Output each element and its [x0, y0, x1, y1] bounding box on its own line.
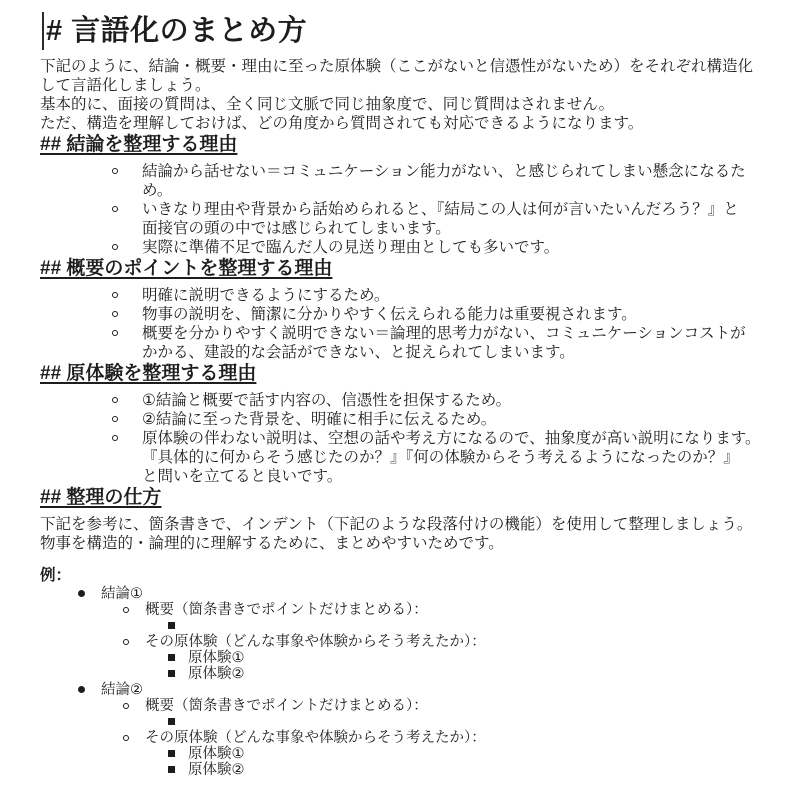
list-item-text: 原体験① — [188, 746, 245, 762]
bullet-circle-icon — [112, 162, 142, 200]
document-page: # 言語化のまとめ方 下記のように、結論・概要・理由に至った原体験（ここがないと… — [0, 0, 800, 800]
bullet-text: 概要を分かりやすく説明できない＝論理的思考力がない、コミュニケーションコストが … — [142, 324, 770, 362]
list-item: その原体験（どんな事象や体験からそう考えたか）： — [40, 730, 770, 746]
bullet-square-icon — [168, 650, 188, 666]
intro-paragraph: 下記のように、結論・概要・理由に至った原体験（ここがないと信憑性がないため）をそ… — [40, 57, 770, 95]
list-item-text: その原体験（どんな事象や体験からそう考えたか）： — [145, 634, 486, 650]
bullet-list: 明確に説明できるようにするため。 物事の説明を、簡潔に分かりやすく伝えられる能力… — [40, 286, 770, 362]
list-item-text: 概要（箇条書きでポイントだけまとめる）： — [145, 698, 428, 714]
bullet-text: いきなり理由や背景から話始められると、『結局この人は何が言いたいんだろう？』と … — [142, 200, 770, 238]
method-paragraph: 下記を参考に、箇条書きで、インデント（下記のような段落付けの機能）を使用して整理… — [40, 515, 770, 534]
section-heading-conclusion: ## 結論を整理する理由 — [40, 133, 770, 157]
list-item-text: 原体験② — [188, 762, 245, 778]
list-item: 原体験② — [40, 666, 770, 682]
bullet-circle-icon — [123, 602, 145, 618]
bullet-circle-icon — [112, 324, 142, 362]
list-item: 概要（箇条書きでポイントだけまとめる）： — [40, 698, 770, 714]
bullet-text: ②結論に至った背景を、明確に相手に伝えるため。 — [142, 410, 770, 429]
bullet-circle-icon — [123, 634, 145, 650]
list-item: 原体験① — [40, 746, 770, 762]
text-cursor — [42, 12, 44, 50]
bullet-circle-icon — [123, 730, 145, 746]
bullet-text: 物事の説明を、簡潔に分かりやすく伝えられる能力は重要視されます。 — [142, 305, 770, 324]
bullet-circle-icon — [112, 238, 142, 257]
bullet-disc-icon — [78, 586, 101, 602]
example-list: 結論① 概要（箇条書きでポイントだけまとめる）： その原体験（どんな事象や体験か… — [40, 586, 770, 778]
list-item: 概要（箇条書きでポイントだけまとめる）： — [40, 602, 770, 618]
bullet-item: ①結論と概要で話す内容の、信憑性を担保するため。 — [40, 391, 770, 410]
bullet-text: 実際に準備不足で臨んだ人の見送り理由としても多いです。 — [142, 238, 770, 257]
list-item-text: 概要（箇条書きでポイントだけまとめる）： — [145, 602, 428, 618]
bullet-circle-icon — [112, 391, 142, 410]
bullet-circle-icon — [112, 200, 142, 238]
bullet-square-icon — [168, 746, 188, 762]
bullet-item: いきなり理由や背景から話始められると、『結局この人は何が言いたいんだろう？』と … — [40, 200, 770, 238]
bullet-circle-icon — [112, 286, 142, 305]
bullet-text: 明確に説明できるようにするため。 — [142, 286, 770, 305]
bullet-square-icon — [168, 762, 188, 778]
document-title: # 言語化のまとめ方 — [40, 14, 770, 48]
list-item-text: 原体験① — [188, 650, 245, 666]
list-item: その原体験（どんな事象や体験からそう考えたか）： — [40, 634, 770, 650]
bullet-disc-icon — [78, 682, 101, 698]
bullet-text: 結論から話せない＝コミュニケーション能力がない、と感じられてしまい懸念になるた … — [142, 162, 770, 200]
list-item-text: 原体験② — [188, 666, 245, 682]
section-heading-overview: ## 概要のポイントを整理する理由 — [40, 257, 770, 281]
bullet-circle-icon — [112, 410, 142, 429]
bullet-square-icon — [168, 714, 188, 730]
bullet-item: 概要を分かりやすく説明できない＝論理的思考力がない、コミュニケーションコストが … — [40, 324, 770, 362]
list-item — [40, 618, 770, 634]
list-item — [40, 714, 770, 730]
bullet-text: 原体験の伴わない説明は、空想の話や考え方になるので、抽象度が高い説明になります。… — [142, 429, 770, 486]
method-paragraph: 物事を構造的・論理的に理解するために、まとめやすいためです。 — [40, 534, 770, 553]
section-heading-experience: ## 原体験を整理する理由 — [40, 362, 770, 386]
list-item-text: その原体験（どんな事象や体験からそう考えたか）： — [145, 730, 486, 746]
list-item-text: 結論② — [101, 682, 143, 698]
bullet-item: 結論から話せない＝コミュニケーション能力がない、と感じられてしまい懸念になるた … — [40, 162, 770, 200]
list-item: 結論① — [40, 586, 770, 602]
bullet-circle-icon — [112, 305, 142, 324]
list-item: 原体験① — [40, 650, 770, 666]
intro-paragraph: ただ、構造を理解しておけば、どの角度から質問されても対応できるようになります。 — [40, 114, 770, 133]
section-heading-method: ## 整理の仕方 — [40, 486, 770, 510]
list-item: 原体験② — [40, 762, 770, 778]
list-item: 結論② — [40, 682, 770, 698]
bullet-item: 物事の説明を、簡潔に分かりやすく伝えられる能力は重要視されます。 — [40, 305, 770, 324]
bullet-item: 実際に準備不足で臨んだ人の見送り理由としても多いです。 — [40, 238, 770, 257]
bullet-item: 原体験の伴わない説明は、空想の話や考え方になるので、抽象度が高い説明になります。… — [40, 429, 770, 486]
bullet-list: 結論から話せない＝コミュニケーション能力がない、と感じられてしまい懸念になるた … — [40, 162, 770, 257]
bullet-item: 明確に説明できるようにするため。 — [40, 286, 770, 305]
bullet-circle-icon — [112, 429, 142, 486]
intro-paragraph: 基本的に、面接の質問は、全く同じ文脈で同じ抽象度で、同じ質問はされません。 — [40, 95, 770, 114]
bullet-square-icon — [168, 666, 188, 682]
bullet-square-icon — [168, 618, 188, 634]
example-label: 例： — [40, 566, 770, 585]
bullet-circle-icon — [123, 698, 145, 714]
list-item-text: 結論① — [101, 586, 143, 602]
bullet-list: ①結論と概要で話す内容の、信憑性を担保するため。 ②結論に至った背景を、明確に相… — [40, 391, 770, 486]
bullet-item: ②結論に至った背景を、明確に相手に伝えるため。 — [40, 410, 770, 429]
bullet-text: ①結論と概要で話す内容の、信憑性を担保するため。 — [142, 391, 770, 410]
